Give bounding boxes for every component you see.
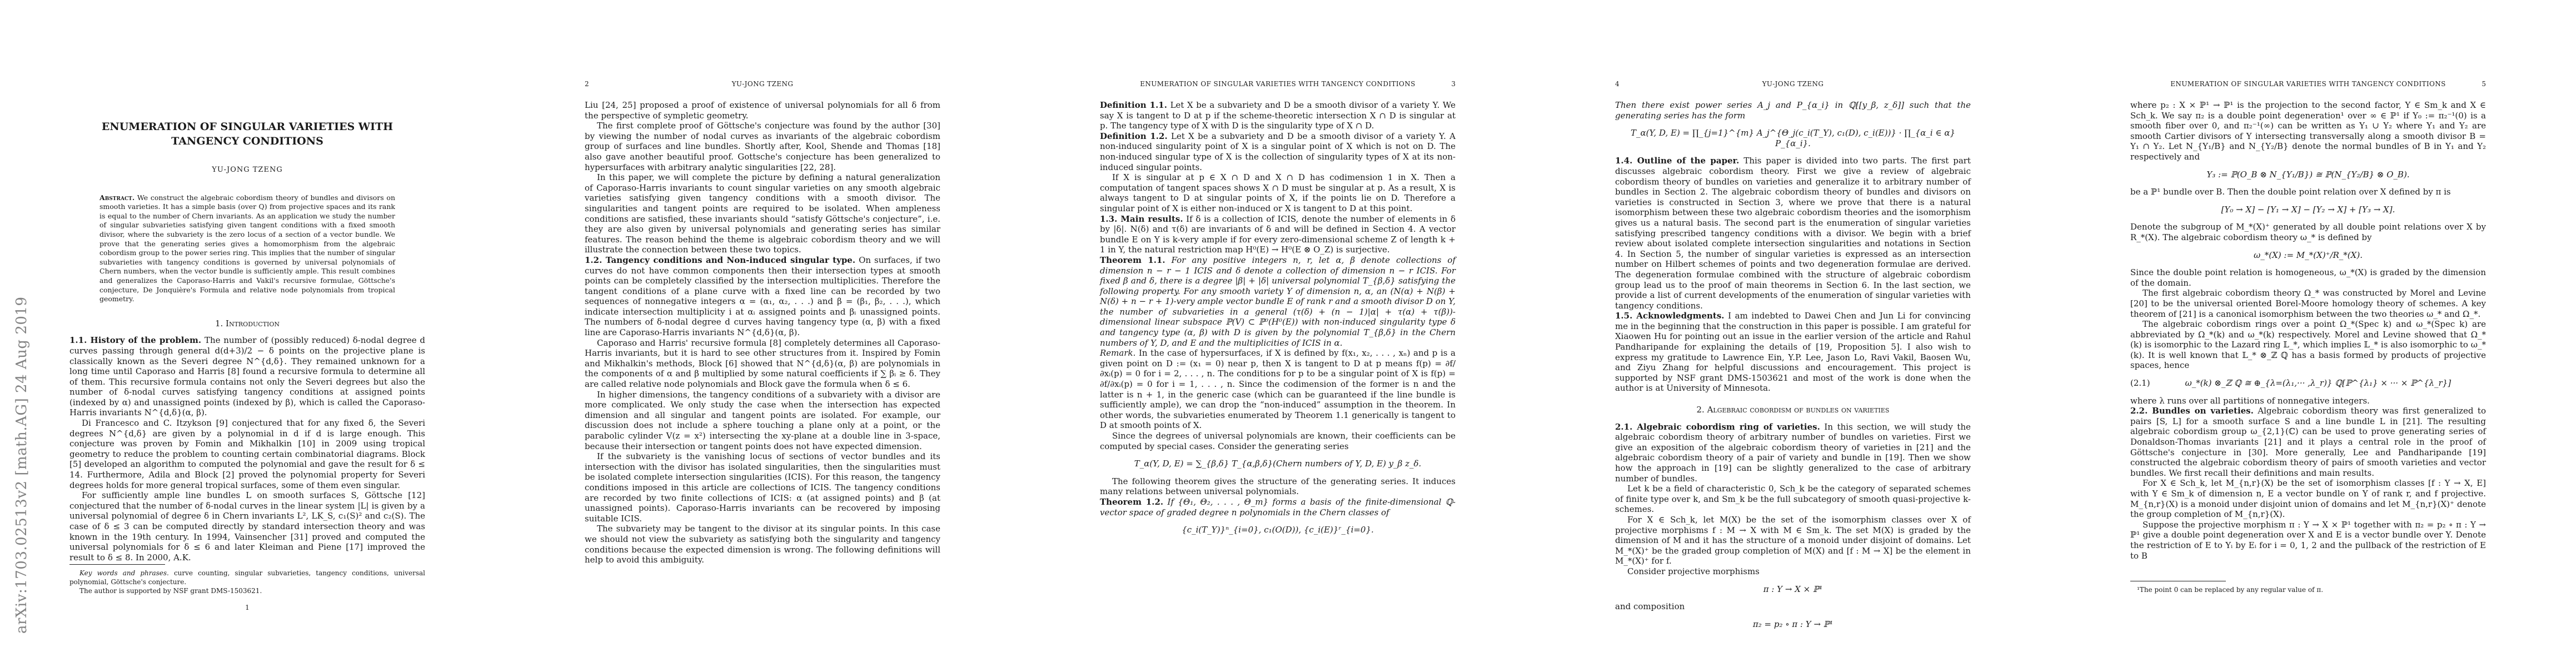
footnote-text: ¹The point 0 can be replaced by any regu… — [2130, 585, 2486, 594]
page-4: 4 YU-JONG TZENG Then there exist power s… — [1546, 0, 2061, 667]
display-equation-2-1: (2.1)ω_*(k) ⊗_ℤ ℚ ≅ ⊕_{λ=(λ₁,··· ,λ_r)} … — [2130, 378, 2486, 389]
paragraph: If X is singular at p ∈ X ∩ D and X ∩ D … — [1100, 172, 1456, 213]
abstract: Abstract. We construct the algebraic cob… — [99, 193, 395, 304]
running-head-page-number: 3 — [1451, 80, 1456, 88]
display-equation: T_α(Y, D, E) = ∏_{j=1}^{m} A_j^{Θ_j(c_i(… — [1615, 128, 1971, 148]
paragraph: For X ∈ Sch_k, let M(X) be the set of th… — [1615, 515, 1971, 566]
paragraph: The algebraic cobordism rings over a poi… — [2130, 319, 2486, 371]
page-2-body: Liu [24, 25] proposed a proof of existen… — [585, 100, 940, 565]
paragraph: Di Francesco and C. Itzykson [9] conject… — [69, 418, 425, 490]
paragraph-bundles: 2.2. Bundles on varieties. Algebraic cob… — [2130, 406, 2486, 478]
theorem-1-2: Theorem 1.2. If {Θ₁, Θ₂, . . . , Θ_m} fo… — [1100, 497, 1456, 517]
page-4-body: Then there exist power series A_j and P_… — [1615, 100, 1971, 636]
running-head: 2 YU-JONG TZENG — [585, 80, 940, 89]
definition-label: Definition 1.2. — [1100, 131, 1168, 141]
section-heading-2: 2. Algebraic cobordism of bundles on var… — [1615, 405, 1971, 415]
display-equation: π : Y → X × ℙ¹ — [1615, 584, 1971, 595]
paragraph: Liu [24, 25] proposed a proof of existen… — [585, 100, 940, 121]
theorem-continuation: Then there exist power series A_j and P_… — [1615, 100, 1971, 121]
abstract-text: We construct the algebraic cobordism the… — [99, 193, 395, 303]
subsection-label-1-3: 1.3. Main results. — [1100, 214, 1183, 224]
paragraph-main-results: 1.3. Main results. If δ is a collection … — [1100, 214, 1456, 255]
display-equation: ω_*(X) := M_*(X)⁺/R_*(X). — [2130, 250, 2486, 261]
equation-number: (2.1) — [2130, 378, 2150, 389]
subsection-label-2-1: 2.1. Algebraic cobordism ring of varieti… — [1615, 422, 1820, 432]
display-equation: [Y₀ → X] − [Y₁ → X] − [Y₂ → X] + [Y₃ → X… — [2130, 205, 2486, 215]
paragraph-cobordism-ring: 2.1. Algebraic cobordism ring of varieti… — [1615, 422, 1971, 484]
page-1: arXiv:1703.02513v2 [math.AG] 24 Aug 2019… — [0, 0, 515, 667]
paragraph: Let k be a field of characteristic 0, Sc… — [1615, 484, 1971, 515]
running-head-page-number: 5 — [2482, 80, 2486, 88]
running-head-page-number: 4 — [1615, 80, 1620, 88]
page-3-body: Definition 1.1. Let X be a subvariety an… — [1100, 100, 1456, 542]
paragraph: In higher dimensions, the tangency condi… — [585, 390, 940, 452]
paragraph: Consider projective morphisms — [1615, 566, 1971, 577]
subsection-label-1-1: 1.1. History of the problem. — [69, 335, 201, 345]
display-equation: T_α(Y, D, E) = ∑_{β,δ} T_{α,β,δ}(Chern n… — [1100, 459, 1456, 469]
running-head-author: YU-JONG TZENG — [1615, 80, 1971, 88]
definition-1-1: Definition 1.1. Let X be a subvariety an… — [1100, 100, 1456, 131]
paragraph-tangency: 1.2. Tangency conditions and Non-induced… — [585, 255, 940, 338]
footnote-rule — [2130, 581, 2226, 581]
page-2: 2 YU-JONG TZENG Liu [24, 25] proposed a … — [515, 0, 1030, 667]
subsection-label-1-5: 1.5. Acknowledgments. — [1615, 311, 1725, 321]
arxiv-paper-scan: { "arxiv_stamp": "arXiv:1703.02513v2 [ma… — [0, 0, 2576, 667]
display-equation: Y₃ := ℙ(O_B ⊗ N_{Y₁/B}) ≅ ℙ(N_{Y₂/B} ⊗ O… — [2130, 170, 2486, 180]
page-5-body: where p₂ : X × ℙ¹ → ℙ¹ is the projection… — [2130, 100, 2486, 561]
paragraph-acknowledgments: 1.5. Acknowledgments. I am indebted to D… — [1615, 311, 1971, 394]
remark: Remark. In the case of hypersurfaces, if… — [1100, 348, 1456, 431]
paragraph: be a ℙ¹ bundle over B. Then the double p… — [2130, 187, 2486, 197]
keywords-footnote: Key words and phrases. curve counting, s… — [69, 569, 425, 586]
funding-footnote: The author is supported by NSF grant DMS… — [69, 586, 425, 595]
footnote-area: ¹The point 0 can be replaced by any regu… — [2130, 581, 2486, 594]
footnote-area: Key words and phrases. curve counting, s… — [69, 564, 425, 595]
paragraph: In this paper, we will complete the pict… — [585, 172, 940, 255]
subsection-label-2-2: 2.2. Bundles on varieties. — [2130, 406, 2254, 416]
running-head-author: YU-JONG TZENG — [585, 80, 940, 88]
running-head: ENUMERATION OF SINGULAR VARIETIES WITH T… — [1100, 80, 1456, 89]
definition-1-2: Definition 1.2. Let X be a subvariety an… — [1100, 131, 1456, 172]
abstract-label: Abstract. — [99, 193, 134, 202]
paragraph: Denote the subgroup of M_*(X)⁺ generated… — [2130, 222, 2486, 242]
theorem-label: Theorem 1.1. — [1100, 255, 1165, 265]
paragraph: The following theorem gives the structur… — [1100, 476, 1456, 497]
remark-label: Remark. — [1100, 348, 1135, 358]
subsection-label-1-4: 1.4. Outline of the paper. — [1615, 156, 1739, 166]
subsection-label-1-2: 1.2. Tangency conditions and Non-induced… — [585, 255, 855, 265]
paper-author: YU-JONG TZENG — [69, 165, 425, 176]
section-heading-introduction: 1. Introduction — [69, 318, 425, 329]
definition-label: Definition 1.1. — [1100, 100, 1167, 110]
paragraph: Caporaso and Harris' recursive formula [… — [585, 338, 940, 390]
paper-title: ENUMERATION OF SINGULAR VARIETIES WITH T… — [69, 120, 425, 148]
footnote-rule — [69, 564, 165, 565]
paragraph: If the subvariety is the vanishing locus… — [585, 451, 940, 524]
page-number: 1 — [69, 604, 425, 611]
paragraph: For X ∈ Sch_k, let M_{n,r}(X) be the set… — [2130, 478, 2486, 519]
paragraph: The first complete proof of Göttsche's c… — [585, 121, 940, 172]
running-head: 4 YU-JONG TZENG — [1615, 80, 1971, 89]
paragraph: The subvariety may be tangent to the div… — [585, 524, 940, 565]
display-equation: {c_i(T_Y)}ⁿ_{i=0}, c₁(O(D)), {c_i(E)}ʳ_{… — [1100, 525, 1456, 535]
paragraph-outline: 1.4. Outline of the paper. This paper is… — [1615, 156, 1971, 311]
paragraph: The first algebraic cobordism theory Ω_*… — [2130, 288, 2486, 319]
running-head-title: ENUMERATION OF SINGULAR VARIETIES WITH T… — [1100, 80, 1456, 88]
page-1-body: ENUMERATION OF SINGULAR VARIETIES WITH T… — [69, 120, 425, 563]
paragraph: where p₂ : X × ℙ¹ → ℙ¹ is the projection… — [2130, 100, 2486, 162]
running-head-page-number: 2 — [585, 80, 589, 88]
paragraph: Suppose the projective morphism π : Y → … — [2130, 520, 2486, 561]
paragraph: Since the double point relation is homog… — [2130, 267, 2486, 288]
keywords-label: Key words and phrases. — [79, 569, 169, 577]
paragraph: For sufficiently ample line bundles L on… — [69, 490, 425, 563]
paragraph: where λ runs over all partitions of nonn… — [2130, 396, 2486, 406]
arxiv-stamp: arXiv:1703.02513v2 [math.AG] 24 Aug 2019 — [13, 182, 30, 634]
display-equation: π₂ = p₂ ∘ π : Y → ℙ¹ — [1615, 619, 1971, 630]
theorem-label: Theorem 1.2. — [1100, 497, 1163, 507]
paragraph-history: 1.1. History of the problem. The number … — [69, 335, 425, 418]
theorem-1-1: Theorem 1.1. For any positive integers n… — [1100, 255, 1456, 348]
paragraph: Since the degrees of universal polynomia… — [1100, 431, 1456, 451]
running-head: ENUMERATION OF SINGULAR VARIETIES WITH T… — [2130, 80, 2486, 89]
page-3: ENUMERATION OF SINGULAR VARIETIES WITH T… — [1030, 0, 1546, 667]
paragraph: and composition — [1615, 601, 1971, 612]
running-head-title: ENUMERATION OF SINGULAR VARIETIES WITH T… — [2130, 80, 2486, 88]
page-5: ENUMERATION OF SINGULAR VARIETIES WITH T… — [2061, 0, 2576, 667]
